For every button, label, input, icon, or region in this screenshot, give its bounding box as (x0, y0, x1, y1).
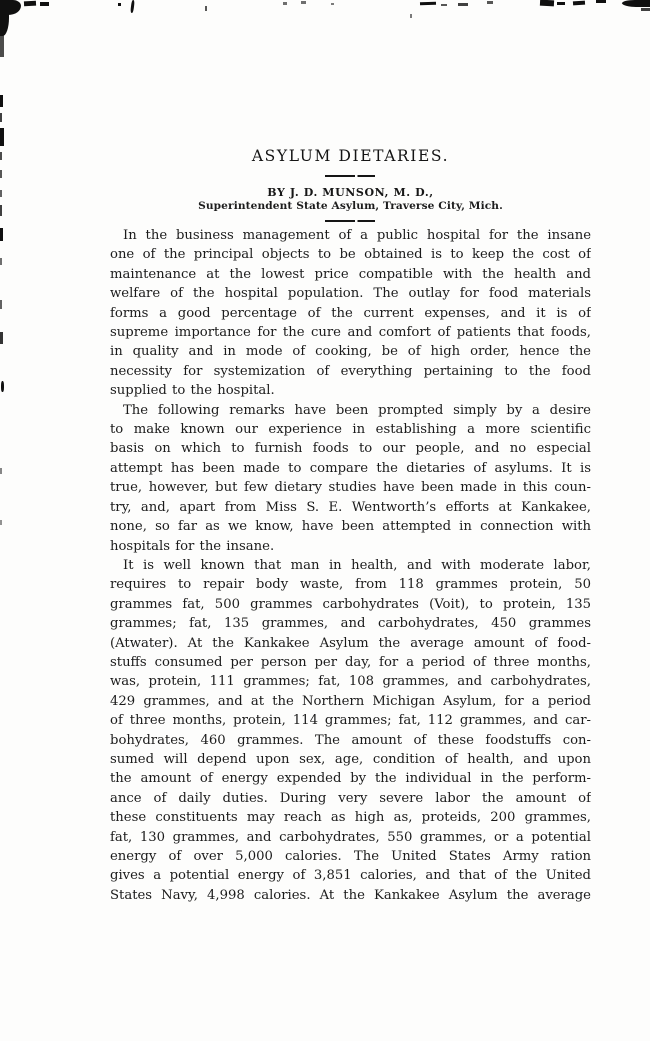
text-line: ance of daily duties. During very severe… (110, 789, 591, 808)
text-line: to make known our experience in establis… (110, 420, 591, 439)
text-line: requires to repair body waste, from 118 … (110, 575, 591, 594)
text-line: basis on which to furnish foods to our p… (110, 439, 591, 458)
text-line: necessity for systemization of everythin… (110, 362, 591, 381)
text-line: sumed will depend upon sex, age, conditi… (110, 750, 591, 769)
text-line: maintenance at the lowest price compatib… (110, 265, 591, 284)
text-line: States Navy, 4,998 calories. At the Kank… (110, 886, 591, 905)
text-line: grammes fat, 500 grammes carbohydrates (… (110, 595, 591, 614)
text-line: stuffs consumed per person per day, for … (110, 653, 591, 672)
text-line: of three months, protein, 114 grammes; f… (110, 711, 591, 730)
text-line: supreme importance for the cure and comf… (110, 323, 591, 342)
text-line: these constituents may reach as high as,… (110, 808, 591, 827)
page-title: ASYLUM DIETARIES. (110, 147, 591, 165)
text-line: try, and, apart from Miss S. E. Wentwort… (110, 498, 591, 517)
text-line: energy of over 5,000 calories. The Unite… (110, 847, 591, 866)
text-line: fat, 130 grammes, and carbohydrates, 550… (110, 828, 591, 847)
text-line: attempt has been made to compare the die… (110, 459, 591, 478)
text-line: supplied to the hospital. (110, 381, 591, 400)
text-line: bohydrates, 460 grammes. The amount of t… (110, 731, 591, 750)
text-line: in quality and in mode of cooking, be of… (110, 342, 591, 361)
text-line: forms a good percentage of the current e… (110, 304, 591, 323)
text-line: none, so far as we know, have been attem… (110, 517, 591, 536)
text-line: welfare of the hospital population. The … (110, 284, 591, 303)
text-line: grammes; fat, 135 grammes, and carbohydr… (110, 614, 591, 633)
text-line: the amount of energy expended by the ind… (110, 769, 591, 788)
text-line: It is well known that man in health, and… (110, 556, 591, 575)
byline-affiliation: Superintendent State Asylum, Traverse Ci… (110, 200, 591, 212)
text-line: The following remarks have been prompted… (110, 401, 591, 420)
text-line: one of the principal objects to be obtai… (110, 245, 591, 264)
article-body: In the business management of a public h… (110, 226, 591, 905)
text-line: true, however, but few dietary studies h… (110, 478, 591, 497)
divider-rule-bottom (325, 220, 375, 222)
document-page: ASYLUM DIETARIES. BY J. D. MUNSON, M. D.… (0, 0, 650, 1041)
text-line: In the business management of a public h… (110, 226, 591, 245)
text-line: was, protein, 111 grammes; fat, 108 gram… (110, 672, 591, 691)
text-line: 429 grammes, and at the Northern Michiga… (110, 692, 591, 711)
byline: BY J. D. MUNSON, M. D., (110, 186, 591, 199)
text-line: hospitals for the insane. (110, 537, 591, 556)
text-line: (Atwater). At the Kankakee Asylum the av… (110, 634, 591, 653)
text-line: gives a potential energy of 3,851 calori… (110, 866, 591, 885)
divider-rule-top (325, 175, 375, 177)
